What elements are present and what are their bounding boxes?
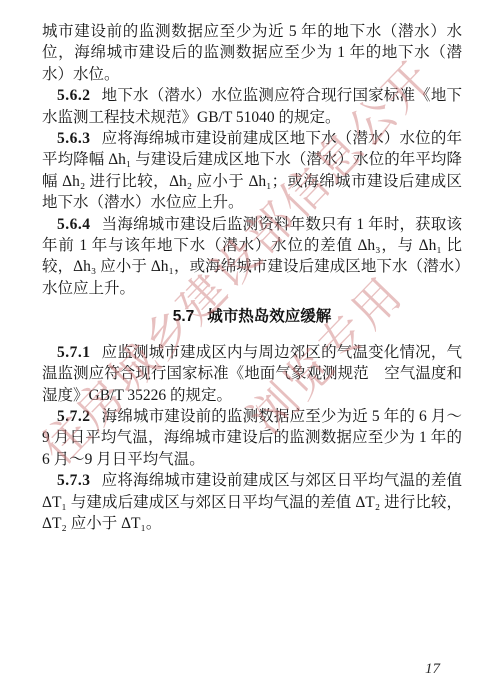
page-number: 17 — [425, 661, 440, 678]
page-body: 城市建设前的监测数据应至少为近 5 年的地下水（潜水）水位，海绵城市建设后的监测… — [42, 21, 462, 534]
clause-text: 应监测城市建成区内与周边郊区的气温变化情况，气温监测应符合现行国家标准《地面气象… — [42, 344, 462, 404]
clause-number: 5.7.1 — [57, 344, 91, 361]
clause-text: 应将海绵城市建设前建成区地下水（潜水）水位的年平均降幅 Δh₁ 与建设后建成区地… — [42, 130, 462, 211]
clause-text: 海绵城市建设前的监测数据应至少为近 5 年的 6 月～9 月日平均气温，海绵城市… — [42, 408, 462, 468]
clause-5-6-2: 5.6.2地下水（潜水）水位监测应符合现行国家标准《地下水监测工程技术规范》GB… — [42, 85, 462, 128]
section-number: 5.7 — [173, 308, 195, 325]
clause-number: 5.7.2 — [57, 408, 91, 425]
clause-text: 应将海绵城市建设前建成区与郊区日平均气温的差值 ΔT₁ 与建成后建成区与郊区日平… — [42, 472, 462, 532]
clause-5-7-2: 5.7.2海绵城市建设前的监测数据应至少为近 5 年的 6 月～9 月日平均气温… — [42, 406, 462, 470]
clause-5-7-3: 5.7.3应将海绵城市建设前建成区与郊区日平均气温的差值 ΔT₁ 与建成后建成区… — [42, 470, 462, 534]
document-page: 城市建设前的监测数据应至少为近 5 年的地下水（潜水）水位，海绵城市建设后的监测… — [0, 0, 493, 698]
paragraph-5-6-1-continuation: 城市建设前的监测数据应至少为近 5 年的地下水（潜水）水位，海绵城市建设后的监测… — [42, 21, 462, 85]
clause-5-6-4: 5.6.4当海绵城市建设后监测资料年数只有 1 年时，获取该年前 1 年与该年地… — [42, 214, 462, 300]
clause-text: 当海绵城市建设后监测资料年数只有 1 年时，获取该年前 1 年与该年地下水（潜水… — [42, 216, 462, 297]
clause-number: 5.6.2 — [57, 87, 91, 104]
clause-number: 5.7.3 — [57, 472, 91, 489]
clause-text: 地下水（潜水）水位监测应符合现行国家标准《地下水监测工程技术规范》GB/T 51… — [42, 87, 462, 125]
clause-5-7-1: 5.7.1应监测城市建成区内与周边郊区的气温变化情况，气温监测应符合现行国家标准… — [42, 342, 462, 406]
clause-number: 5.6.4 — [57, 216, 91, 233]
section-title: 城市热岛效应缓解 — [207, 308, 331, 325]
section-heading-5-7: 5.7城市热岛效应缓解 — [42, 306, 462, 327]
clause-number: 5.6.3 — [57, 130, 91, 147]
clause-5-6-3: 5.6.3应将海绵城市建设前建成区地下水（潜水）水位的年平均降幅 Δh₁ 与建设… — [42, 128, 462, 214]
